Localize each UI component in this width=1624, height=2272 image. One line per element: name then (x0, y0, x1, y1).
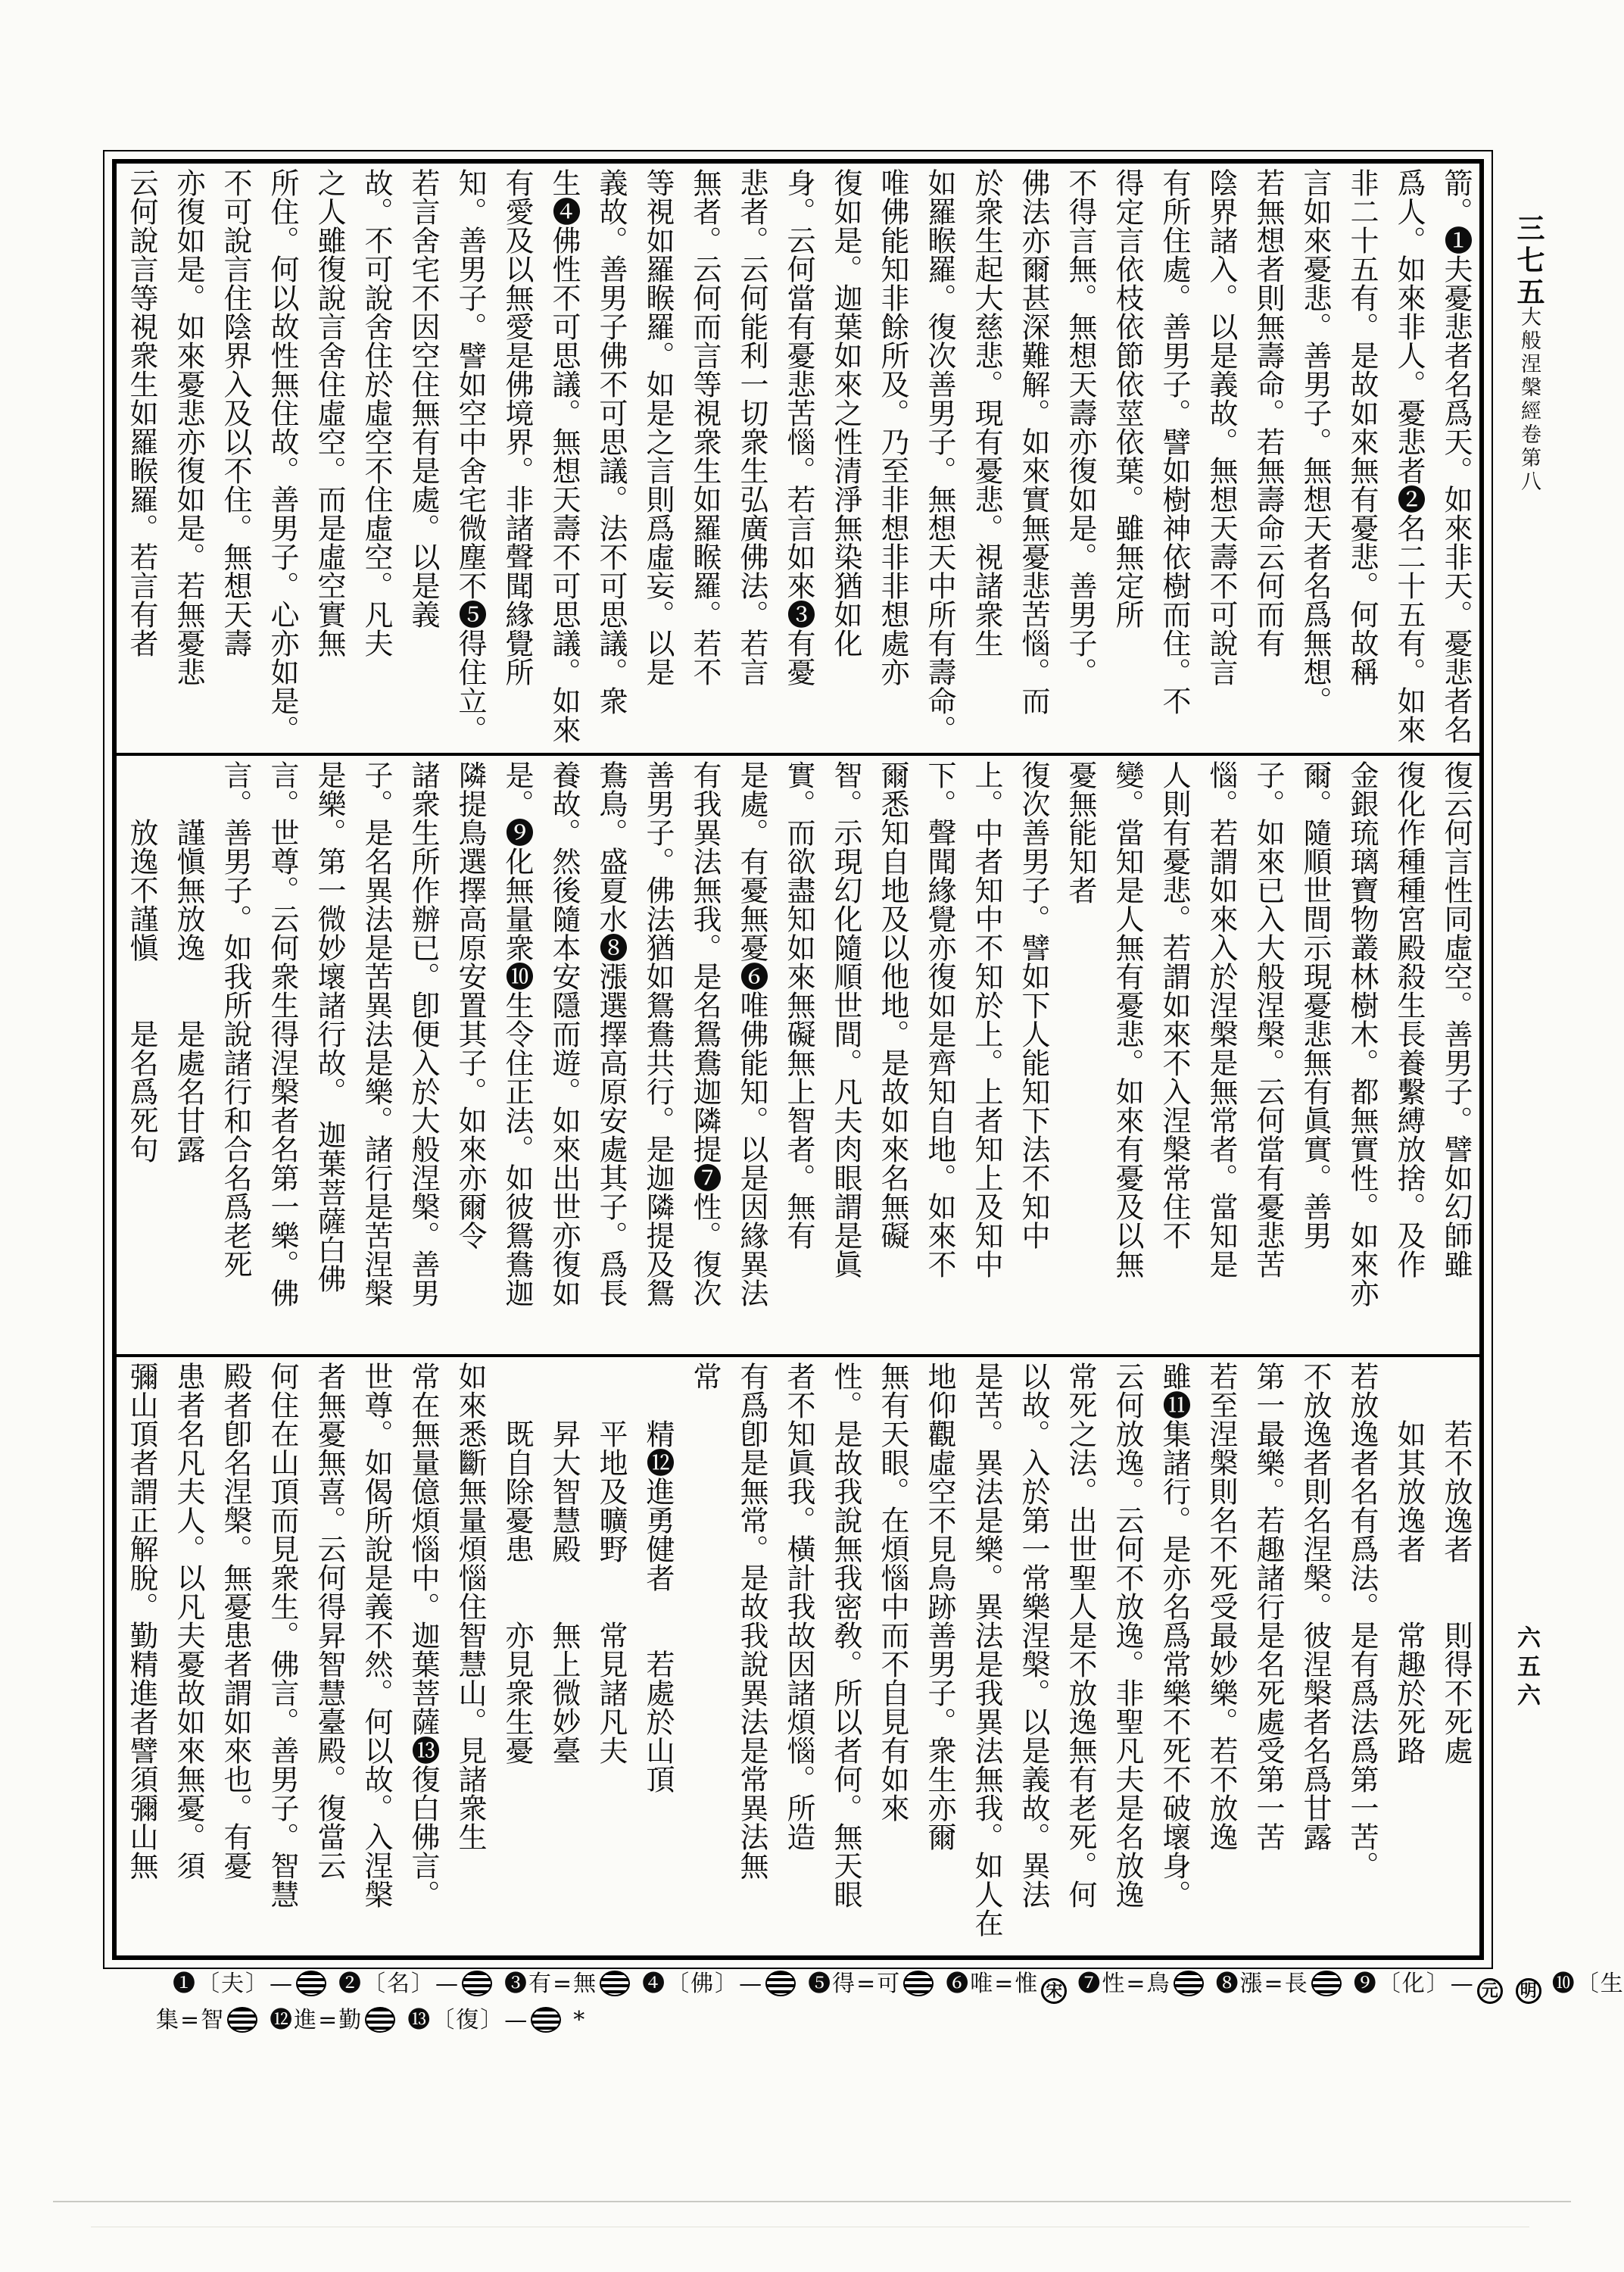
text-column: 等視如羅睺羅。如是之言則爲虛妄。以是 (634, 168, 681, 753)
text-column: 殿者卽名涅槃。無憂患者謂如來也。有憂 (212, 1362, 259, 1955)
text-column: 復次善男子。譬如下人能知下法不知中 (1010, 760, 1057, 1354)
text-column: 常死之法。出世聖人是不放逸無有老死。何 (1057, 1362, 1104, 1955)
text-column: 智。示現幻化隨順世間。凡夫肉眼謂是眞 (822, 760, 869, 1354)
folio-number: 三七五 (1508, 214, 1549, 309)
footnote-entry-text: ❶〔夫〕— (173, 1971, 294, 1997)
text-column: 既自除憂患 亦見衆生憂 (494, 1362, 541, 1955)
text-column: 實。而欲盡知如來無礙無上智者。無有 (775, 760, 822, 1354)
text-column: 有我異法無我。是名鴛鴦迦隣提❼性。復次 (681, 760, 728, 1354)
text-column: 諸衆生所作辦已。卽便入於大般涅槃。善男 (400, 760, 447, 1354)
text-column: 何住在山頂而見衆生。佛言。善男子。智慧 (259, 1362, 306, 1955)
footnote-entry-text: ❹〔佛〕— (642, 1971, 763, 1997)
footnote-entry-text: ❻唯=惟 (946, 1971, 1039, 1997)
footnote-entry-text: ❸有=無 (504, 1971, 597, 1997)
text-column: 不得言無。無想天壽亦復如是。善男子。 (1057, 168, 1104, 753)
text-column: 是處。有憂無憂❻唯佛能知。以是因緣異法 (728, 760, 775, 1354)
text-column: 人則有憂悲。若謂如來不入涅槃常住不 (1151, 760, 1198, 1354)
three-editions-mark-icon (1174, 1971, 1204, 1996)
apparatus-line: ❶〔夫〕—❷〔名〕—❸有=無❹〔佛〕—❺得=可❻唯=惟宋❼性=鳥❽漲=長❾〔化〕… (156, 1968, 1488, 2004)
text-column: 若放逸者名有爲法。是有爲法爲第一苦。 (1339, 1362, 1386, 1955)
footnote-entry-text: ❽漲=長 (1216, 1971, 1309, 1997)
text-column: 子。如來已入大般涅槃。云何當有憂悲苦 (1245, 760, 1292, 1354)
text-column: 所住。何以故性無住故。善男子。心亦如是。 (259, 168, 306, 753)
text-column: 陰界諸入。以是義故。無想天壽不可說言 (1198, 168, 1245, 753)
three-editions-mark-icon (903, 1971, 934, 1996)
text-column: 悲者。云何能利一切衆生弘廣佛法。若言 (728, 168, 775, 753)
text-column: 有爲卽是無常。是故我說異法是常異法無 (728, 1362, 775, 1955)
text-column: 無者。云何而言等視衆生如羅睺羅。若不 (681, 168, 728, 753)
text-column: 若言舍宅不因空住無有是處。以是義 (400, 168, 447, 753)
text-column: 義故。善男子佛不可思議。法不可思議。衆 (588, 168, 634, 753)
text-column: 非二十五有。是故如來無有憂悲。何故稱 (1339, 168, 1386, 753)
apparatus-line: 集=智⓬進=勤⓭〔復〕—* (156, 2004, 1488, 2037)
text-column: 言。世尊。云何衆生得涅槃者名第一樂。佛 (259, 760, 306, 1354)
text-column: 如其放逸者 常趣於死路 (1386, 1362, 1432, 1955)
text-column: 彌山頂者謂正解脫。勤精進者譬須彌山無 (118, 1362, 165, 1955)
text-column: 放逸不謹愼 是名爲死句 (118, 760, 165, 1354)
text-column: 於衆生起大慈悲。現有憂悲。視諸衆生 (963, 168, 1010, 753)
text-column: 養故。然後隨本安隱而遊。如來出世亦復如 (541, 760, 588, 1354)
text-column: 隣提鳥選擇高原安置其子。如來亦爾令 (447, 760, 494, 1354)
text-column: 是苦。異法是樂。異法是我異法無我。如人在 (963, 1362, 1010, 1955)
three-editions-mark-icon (1311, 1971, 1342, 1996)
text-column: 雖⓫集諸行。是亦名爲常樂不死不破壞身。 (1151, 1362, 1198, 1955)
text-column: 故。不可說舍住於虛空不住虛空。凡夫 (353, 168, 400, 753)
band-top: 箭。❶夫憂悲者名爲天。如來非天。憂悲者名爲人。如來非人。憂悲者❷名二十五有。如來… (117, 164, 1479, 753)
text-column: 若不放逸者 則得不死處 (1432, 1362, 1479, 1955)
text-column: 有愛及以無愛是佛境界。非諸聲聞緣覺所 (494, 168, 541, 753)
three-editions-mark-icon (765, 1971, 796, 1996)
text-column: 復如是。迦葉如來之性清淨無染猶如化 (822, 168, 869, 753)
text-column: 生❹佛性不可思議。無想天壽不可思議。如來 (541, 168, 588, 753)
footnote-entry-text: ❾〔化〕— (1354, 1971, 1475, 1997)
text-column: 常在無量億煩惱中。迦葉菩薩⓭復白佛言。 (400, 1362, 447, 1955)
footnote-entry-text: ❺得=可 (808, 1971, 901, 1997)
text-column: 身。云何當有憂悲苦惱。若言如來❸有憂 (775, 168, 822, 753)
footnote-entry-text: * (573, 2007, 586, 2033)
text-column: 憂無能知者 (1057, 760, 1104, 1354)
text-column: 金銀琉璃寶物叢林樹木。都無實性。如來亦 (1339, 760, 1386, 1354)
three-editions-mark-icon (227, 2007, 257, 2033)
text-column: 者無憂無喜。云何得昇智慧臺殿。復當云 (306, 1362, 353, 1955)
three-editions-mark-icon (462, 1971, 492, 1996)
text-column: 知。善男子。譬如空中舍宅微塵不❺得住立。 (447, 168, 494, 753)
three-editions-mark-icon (365, 2007, 395, 2033)
text-column: 爲人。如來非人。憂悲者❷名二十五有。如來 (1386, 168, 1432, 753)
footnote-entry-text: ❼性=鳥 (1077, 1971, 1170, 1997)
footnotes-apparatus: ❶〔夫〕—❷〔名〕—❸有=無❹〔佛〕—❺得=可❻唯=惟宋❼性=鳥❽漲=長❾〔化〕… (156, 1968, 1488, 2037)
text-column: 患者名凡夫人。以凡夫憂故如來無憂。須 (165, 1362, 212, 1955)
page-number: 六五六 (1510, 1625, 1544, 1712)
text-column: 復云何言性同虛空。善男子。譬如幻師雖 (1432, 760, 1479, 1354)
text-column: 平地及曠野 常見諸凡夫 (588, 1362, 634, 1955)
text-column: 云何放逸。云何不放逸。非聖凡夫是名放逸 (1104, 1362, 1151, 1955)
text-frame: 箭。❶夫憂悲者名爲天。如來非天。憂悲者名爲人。如來非人。憂悲者❷名二十五有。如來… (112, 159, 1484, 1960)
text-column: 不放逸者則名涅槃。彼涅槃者名爲甘露 (1292, 1362, 1339, 1955)
text-column: 是樂。第一微妙壞諸行故。 迦葉菩薩白佛 (306, 760, 353, 1354)
text-column: 如羅睺羅。復次善男子。無想天中所有壽命。 (916, 168, 963, 753)
text-column: 昇大智慧殿 無上微妙臺 (541, 1362, 588, 1955)
footnote-entry-text: ⓬進=勤 (270, 2007, 363, 2033)
text-column: 若至涅槃則名不死受最妙樂。若不放逸 (1198, 1362, 1245, 1955)
text-column: 有所住處。善男子。譬如樹神依樹而住。不 (1151, 168, 1198, 753)
scanned-sutra-page: 三七五 大般涅槃經卷第八 六五六 箭。❶夫憂悲者名爲天。如來非天。憂悲者名爲人。… (0, 0, 1624, 2272)
text-column: 爾悉知自地及以他地。是故如來名無礙 (869, 760, 916, 1354)
text-column: 常 (681, 1362, 728, 1955)
text-column: 是。❾化無量衆❿生令住正法。如彼鴛鴦迦 (494, 760, 541, 1354)
footnote-entry-text: ❷〔名〕— (338, 1971, 460, 1997)
text-column: 箭。❶夫憂悲者名爲天。如來非天。憂悲者名 (1432, 168, 1479, 753)
text-column: 惱。若謂如來入於涅槃是無常者。當知是 (1198, 760, 1245, 1354)
band-middle: 復云何言性同虛空。善男子。譬如幻師雖復化作種種宮殿殺生長養繫縛放捨。及作金銀琉璃… (117, 753, 1479, 1354)
text-column: 世尊。如偈所說是義不然。何以故。入涅槃 (353, 1362, 400, 1955)
three-editions-mark-icon (296, 1971, 326, 1996)
text-column: 復化作種種宮殿殺生長養繫縛放捨。及作 (1386, 760, 1432, 1354)
text-column: 者不知眞我。橫計我故因諸煩惱。所造 (775, 1362, 822, 1955)
footnote-entry-text: ⓭〔復〕— (407, 2007, 528, 2033)
edition-mark-icon: 明 (1516, 1978, 1541, 2004)
text-column: 言。善男子。如我所說諸行和合名爲老死 (212, 760, 259, 1354)
text-column: 精⓬進勇健者 若處於山頂 (634, 1362, 681, 1955)
footnote-entry-text: 集=智 (156, 2007, 225, 2033)
text-column: 性。是故我說無我密敎。所以者何。無天眼 (822, 1362, 869, 1955)
band-bottom: 若不放逸者 則得不死處 如其放逸者 常趣於死路若放逸者名有爲法。是有爲法爲第一苦… (117, 1354, 1479, 1955)
text-column: 佛法亦爾甚深難解。如來實無憂悲苦惱。而 (1010, 168, 1057, 753)
text-column: 無有天眼。在煩惱中而不自見有如來 (869, 1362, 916, 1955)
text-column: 如來悉斷無量煩惱住智慧山。見諸衆生 (447, 1362, 494, 1955)
text-column: 爾。隨順世間示現憂悲無有眞實。善男 (1292, 760, 1339, 1354)
text-column: 不可說言住陰界入及以不住。無想天壽 (212, 168, 259, 753)
text-column: 亦復如是。如來憂悲亦復如是。若無憂悲 (165, 168, 212, 753)
edition-mark-icon: 元 (1477, 1978, 1503, 2004)
text-column: 之人雖復說言舍住虛空。而是虛空實無 (306, 168, 353, 753)
running-title: 大般涅槃經卷第八 (1514, 306, 1544, 494)
text-column: 變。當知是人無有憂悲。如來有憂及以無 (1104, 760, 1151, 1354)
text-column: 以故。入於第一常樂涅槃。以是義故。異法 (1010, 1362, 1057, 1955)
text-column: 第一最樂。若趣諸行是名死處受第一苦 (1245, 1362, 1292, 1955)
footnote-entry-text: ❿〔生〕— (1552, 1971, 1624, 1997)
scan-artifact-line (53, 2201, 1571, 2202)
text-column: 子。是名異法是苦異法是樂。諸行是苦涅槃 (353, 760, 400, 1354)
three-editions-mark-icon (600, 1971, 630, 1996)
three-editions-mark-icon (531, 2007, 561, 2033)
text-column: 地仰觀虛空不見鳥跡善男子。衆生亦爾 (916, 1362, 963, 1955)
text-column: 善男子。佛法猶如鴛鴦共行。是迦隣提及鴛 (634, 760, 681, 1354)
text-column: 下。聲聞緣覺亦復如是齊知自地。如來不 (916, 760, 963, 1354)
text-column: 鴦鳥。盛夏水❽漲選擇高原安處其子。爲長 (588, 760, 634, 1354)
text-column: 謹愼無放逸 是處名甘露 (165, 760, 212, 1354)
edition-mark-icon: 宋 (1041, 1978, 1067, 2004)
text-column: 若無想者則無壽命。若無壽命云何而有 (1245, 168, 1292, 753)
text-column: 云何說言等視衆生如羅睺羅。若言有者 (118, 168, 165, 753)
text-column: 言如來憂悲。善男子。無想天者名爲無想。 (1292, 168, 1339, 753)
text-column: 唯佛能知非餘所及。乃至非想非非想處亦 (869, 168, 916, 753)
text-column: 得定言依枝依節依莖依葉。雖無定所 (1104, 168, 1151, 753)
scan-artifact-line (91, 2227, 1529, 2227)
text-column: 上。中者知中不知於上。上者知上及知中 (963, 760, 1010, 1354)
